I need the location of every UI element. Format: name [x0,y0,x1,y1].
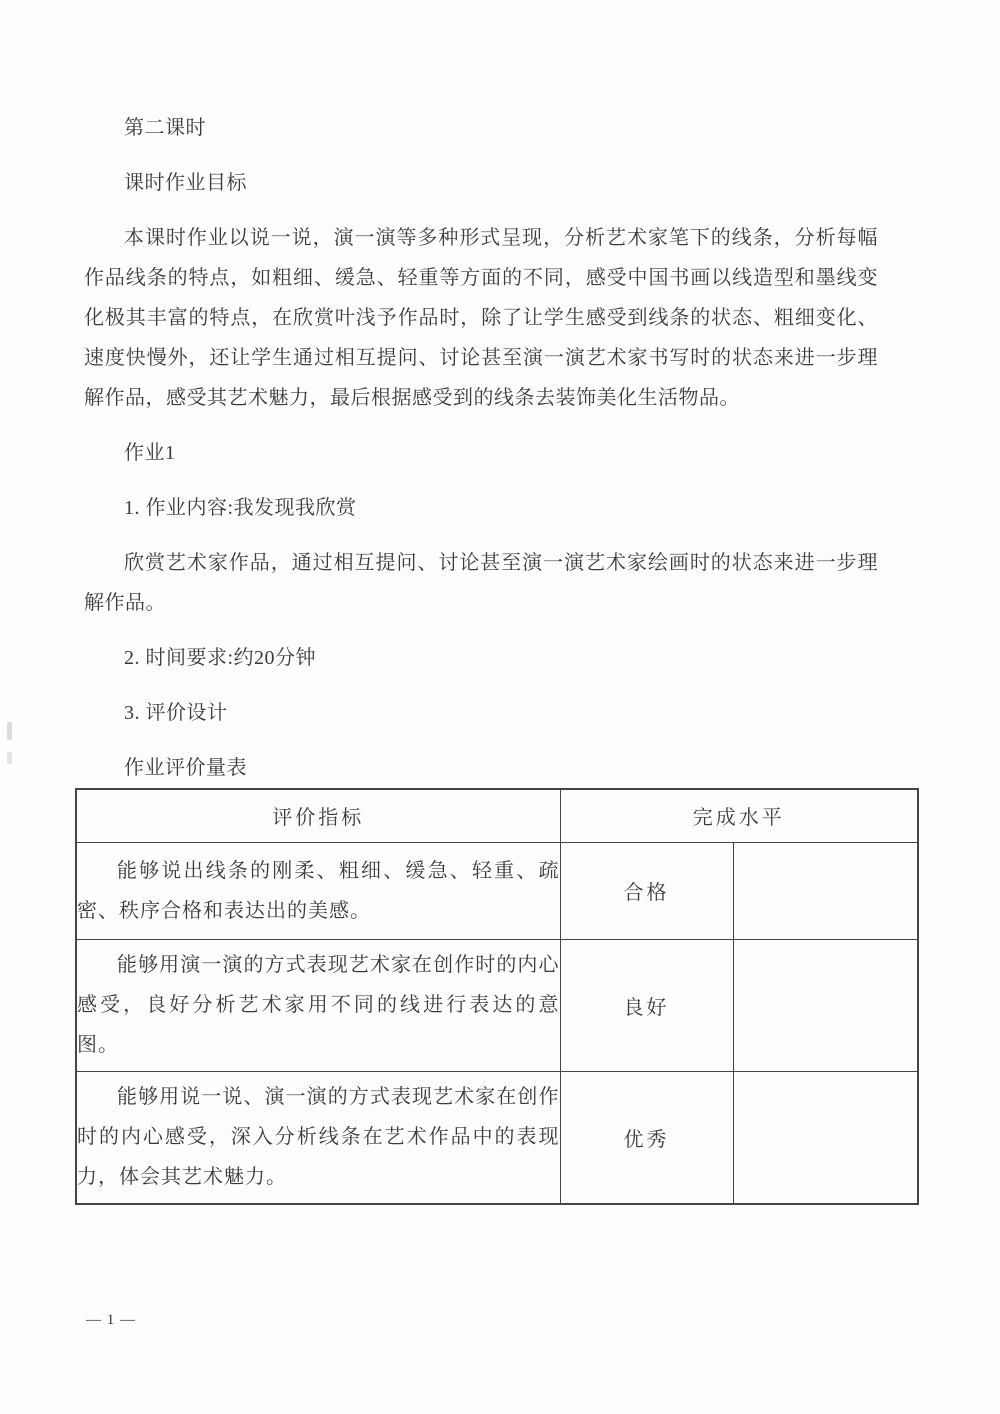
rubric-row-pass: 能够说出线条的刚柔、粗细、缓急、轻重、疏密、秩序合格和表达出的美感。 合格 [76,842,918,939]
scan-artifact [7,722,12,740]
mark-cell [733,1071,918,1204]
criteria-column-header: 评价指标 [76,789,560,842]
rubric-row-excellent: 能够用说一说、演一演的方式表现艺术家在创作时的内心感受，深入分析线条在艺术作品中… [76,1071,918,1204]
level-column-header: 完成水平 [560,789,918,842]
rubric-caption: 作业评价量表 [84,748,878,788]
criteria-cell: 能够说出线条的刚柔、粗细、缓急、轻重、疏密、秩序合格和表达出的美感。 [76,842,560,939]
item-content-line: 1. 作业内容:我发现我欣赏 [84,488,878,528]
document-page: 第二课时 课时作业目标 本课时作业以说一说，演一演等多种形式呈现，分析艺术家笔下… [0,0,1000,1414]
document-body: 第二课时 课时作业目标 本课时作业以说一说，演一演等多种形式呈现，分析艺术家笔下… [84,108,878,803]
assignment-title: 作业1 [84,433,878,473]
level-cell: 优秀 [560,1071,733,1204]
intro-paragraph: 本课时作业以说一说，演一演等多种形式呈现，分析艺术家笔下的线条，分析每幅作品线条… [84,218,878,418]
scan-artifact [7,752,12,764]
rubric-table: 评价指标 完成水平 能够说出线条的刚柔、粗细、缓急、轻重、疏密、秩序合格和表达出… [75,788,919,1205]
mark-cell [733,939,918,1071]
rubric-header-row: 评价指标 完成水平 [76,789,918,842]
page-number: — 1 — [86,1312,136,1329]
section-heading: 第二课时 [84,108,878,148]
criteria-cell: 能够用演一演的方式表现艺术家在创作时的内心感受，良好分析艺术家用不同的线进行表达… [76,939,560,1071]
mark-cell [733,842,918,939]
item-time-line: 2. 时间要求:约20分钟 [84,638,878,678]
item-evaluation-line: 3. 评价设计 [84,693,878,733]
rubric-row-good: 能够用演一演的方式表现艺术家在创作时的内心感受，良好分析艺术家用不同的线进行表达… [76,939,918,1071]
criteria-cell: 能够用说一说、演一演的方式表现艺术家在创作时的内心感受，深入分析线条在艺术作品中… [76,1071,560,1204]
level-cell: 合格 [560,842,733,939]
level-cell: 良好 [560,939,733,1071]
item-content-description: 欣赏艺术家作品，通过相互提问、讨论甚至演一演艺术家绘画时的状态来进一步理解作品。 [84,543,878,623]
section-subheading: 课时作业目标 [84,163,878,203]
